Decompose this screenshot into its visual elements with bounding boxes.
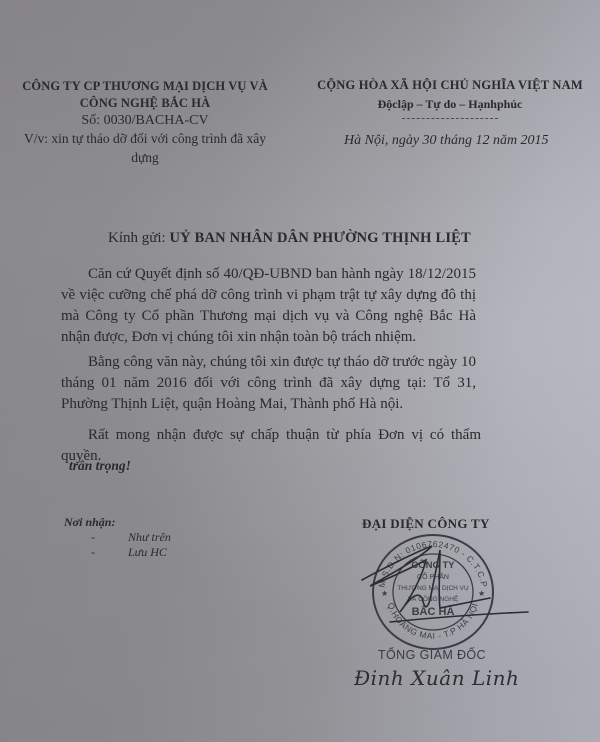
document-number: Số: 0030/BACHA-CV bbox=[20, 112, 270, 129]
recipient-item: -Lưu HC bbox=[64, 545, 171, 560]
document-subject: V/v: xin tự tháo dỡ đối với công trình đ… bbox=[20, 129, 270, 167]
recipient-item: -Như trên bbox=[64, 530, 171, 545]
recipients-title: Nơi nhận: bbox=[64, 515, 171, 530]
company-name-line1: CÔNG TY CP THƯƠNG MẠI DỊCH VỤ VÀ bbox=[20, 78, 270, 95]
company-name-line2: CÔNG NGHỆ BẮC HÀ bbox=[20, 95, 270, 112]
sender-header: CÔNG TY CP THƯƠNG MẠI DỊCH VỤ VÀ CÔNG NG… bbox=[20, 78, 270, 167]
national-header: CỘNG HÒA XÃ HỘI CHỦ NGHĨA VIỆT NAM Độclậ… bbox=[300, 78, 600, 149]
recipients-list: Nơi nhận: -Như trên -Lưu HC bbox=[64, 515, 171, 560]
document-page: CÔNG TY CP THƯƠNG MẠI DỊCH VỤ VÀ CÔNG NG… bbox=[0, 0, 600, 742]
recipient-organization: UỶ BAN NHÂN DÂN PHƯỜNG THỊNH LIỆT bbox=[169, 230, 470, 246]
signer-position: TỔNG GIÁM ĐỐC bbox=[378, 648, 486, 662]
document-date: Hà Nội, ngày 30 tháng 12 năm 2015 bbox=[344, 133, 600, 149]
recipient-label: Kính gửi: bbox=[108, 230, 169, 246]
republic-title: CỘNG HÒA XÃ HỘI CHỦ NGHĨA VIỆT NAM bbox=[300, 78, 600, 93]
signer-name: Đinh Xuân Linh bbox=[354, 666, 519, 690]
representative-title: ĐẠI DIỆN CÔNG TY bbox=[362, 516, 490, 532]
handwritten-signature-icon bbox=[360, 540, 530, 630]
closing-greeting: trân trọng! bbox=[69, 458, 131, 474]
national-motto: Độclập – Tự do – Hạnhphúc bbox=[300, 97, 600, 112]
recipient-line: Kính gửi: UỶ BAN NHÂN DÂN PHƯỜNG THỊNH L… bbox=[108, 230, 471, 247]
motto-divider bbox=[402, 118, 498, 119]
body-paragraph-2: Bằng công văn này, chúng tôi xin được tự… bbox=[61, 352, 476, 415]
body-paragraph-1: Căn cứ Quyết định số 40/QĐ-UBND ban hành… bbox=[61, 264, 476, 348]
